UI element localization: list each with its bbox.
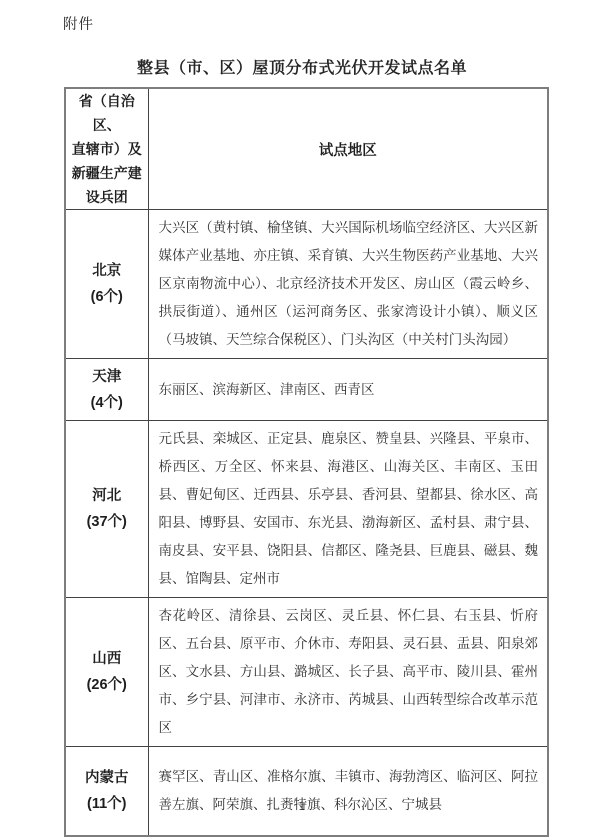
header-areas-column: 试点地区 (148, 88, 548, 210)
areas-text: 赛罕区、青山区、准格尔旗、丰镇市、海勃湾区、临河区、阿拉善左旗、阿荣旗、扎赉特旗… (149, 759, 548, 823)
province-count: (37个) (66, 509, 148, 535)
table-row-hebei: 河北 (37个) 元氏县、栾城区、正定县、鹿泉区、赞皇县、兴隆县、平泉市、桥西区… (65, 421, 548, 598)
attachment-label: 附件 (63, 13, 94, 34)
header-col1-line: 直辖市）及 (66, 137, 148, 161)
province-cell: 河北 (37个) (65, 421, 148, 598)
province-cell: 内蒙古 (11个) (65, 747, 148, 836)
province-cell: 山西 (26个) (65, 598, 148, 747)
pilot-areas-table: 省（自治区、 直辖市）及 新疆生产建 设兵团 试点地区 北京 (6个) 大兴区（… (64, 87, 549, 837)
areas-cell: 东丽区、滨海新区、津南区、西青区 (148, 359, 548, 421)
table-row-neimenggu: 内蒙古 (11个) 赛罕区、青山区、准格尔旗、丰镇市、海勃湾区、临河区、阿拉善左… (65, 747, 548, 836)
header-province-column: 省（自治区、 直辖市）及 新疆生产建 设兵团 (65, 88, 148, 210)
header-col1-line: 新疆生产建 (66, 161, 148, 185)
province-count: (26个) (66, 672, 148, 698)
province-cell: 天津 (4个) (65, 359, 148, 421)
areas-text: 元氏县、栾城区、正定县、鹿泉区、赞皇县、兴隆县、平泉市、桥西区、万全区、怀来县、… (149, 421, 548, 597)
header-col1-line: 设兵团 (66, 185, 148, 209)
page-title: 整县（市、区）屋顶分布式光伏开发试点名单 (0, 55, 604, 78)
areas-cell: 杏花岭区、清徐县、云岗区、灵丘县、怀仁县、右玉县、忻府区、五台县、原平市、介休市… (148, 598, 548, 747)
province-count: (6个) (66, 284, 148, 310)
areas-text: 杏花岭区、清徐县、云岗区、灵丘县、怀仁县、右玉县、忻府区、五台县、原平市、介休市… (149, 598, 548, 746)
province-name: 内蒙古 (66, 765, 148, 791)
table-row-tianjin: 天津 (4个) 东丽区、滨海新区、津南区、西青区 (65, 359, 548, 421)
areas-cell: 大兴区（黄村镇、榆垡镇、大兴国际机场临空经济区、大兴区新媒体产业基地、亦庄镇、采… (148, 210, 548, 359)
header-col1-line: 省（自治区、 (66, 89, 148, 137)
areas-cell: 赛罕区、青山区、准格尔旗、丰镇市、海勃湾区、临河区、阿拉善左旗、阿荣旗、扎赉特旗… (148, 747, 548, 836)
province-name: 北京 (66, 258, 148, 284)
province-cell: 北京 (6个) (65, 210, 148, 359)
province-name: 天津 (66, 364, 148, 390)
areas-text: 大兴区（黄村镇、榆垡镇、大兴国际机场临空经济区、大兴区新媒体产业基地、亦庄镇、采… (149, 210, 548, 358)
province-count: (4个) (66, 390, 148, 416)
table-row-shanxi: 山西 (26个) 杏花岭区、清徐县、云岗区、灵丘县、怀仁县、右玉县、忻府区、五台… (65, 598, 548, 747)
table-row-beijing: 北京 (6个) 大兴区（黄村镇、榆垡镇、大兴国际机场临空经济区、大兴区新媒体产业… (65, 210, 548, 359)
table-header-row: 省（自治区、 直辖市）及 新疆生产建 设兵团 试点地区 (65, 88, 548, 210)
province-name: 山西 (66, 646, 148, 672)
areas-text: 东丽区、滨海新区、津南区、西青区 (149, 372, 548, 408)
page-number: 1 (0, 801, 604, 813)
province-name: 河北 (66, 483, 148, 509)
areas-cell: 元氏县、栾城区、正定县、鹿泉区、赞皇县、兴隆县、平泉市、桥西区、万全区、怀来县、… (148, 421, 548, 598)
